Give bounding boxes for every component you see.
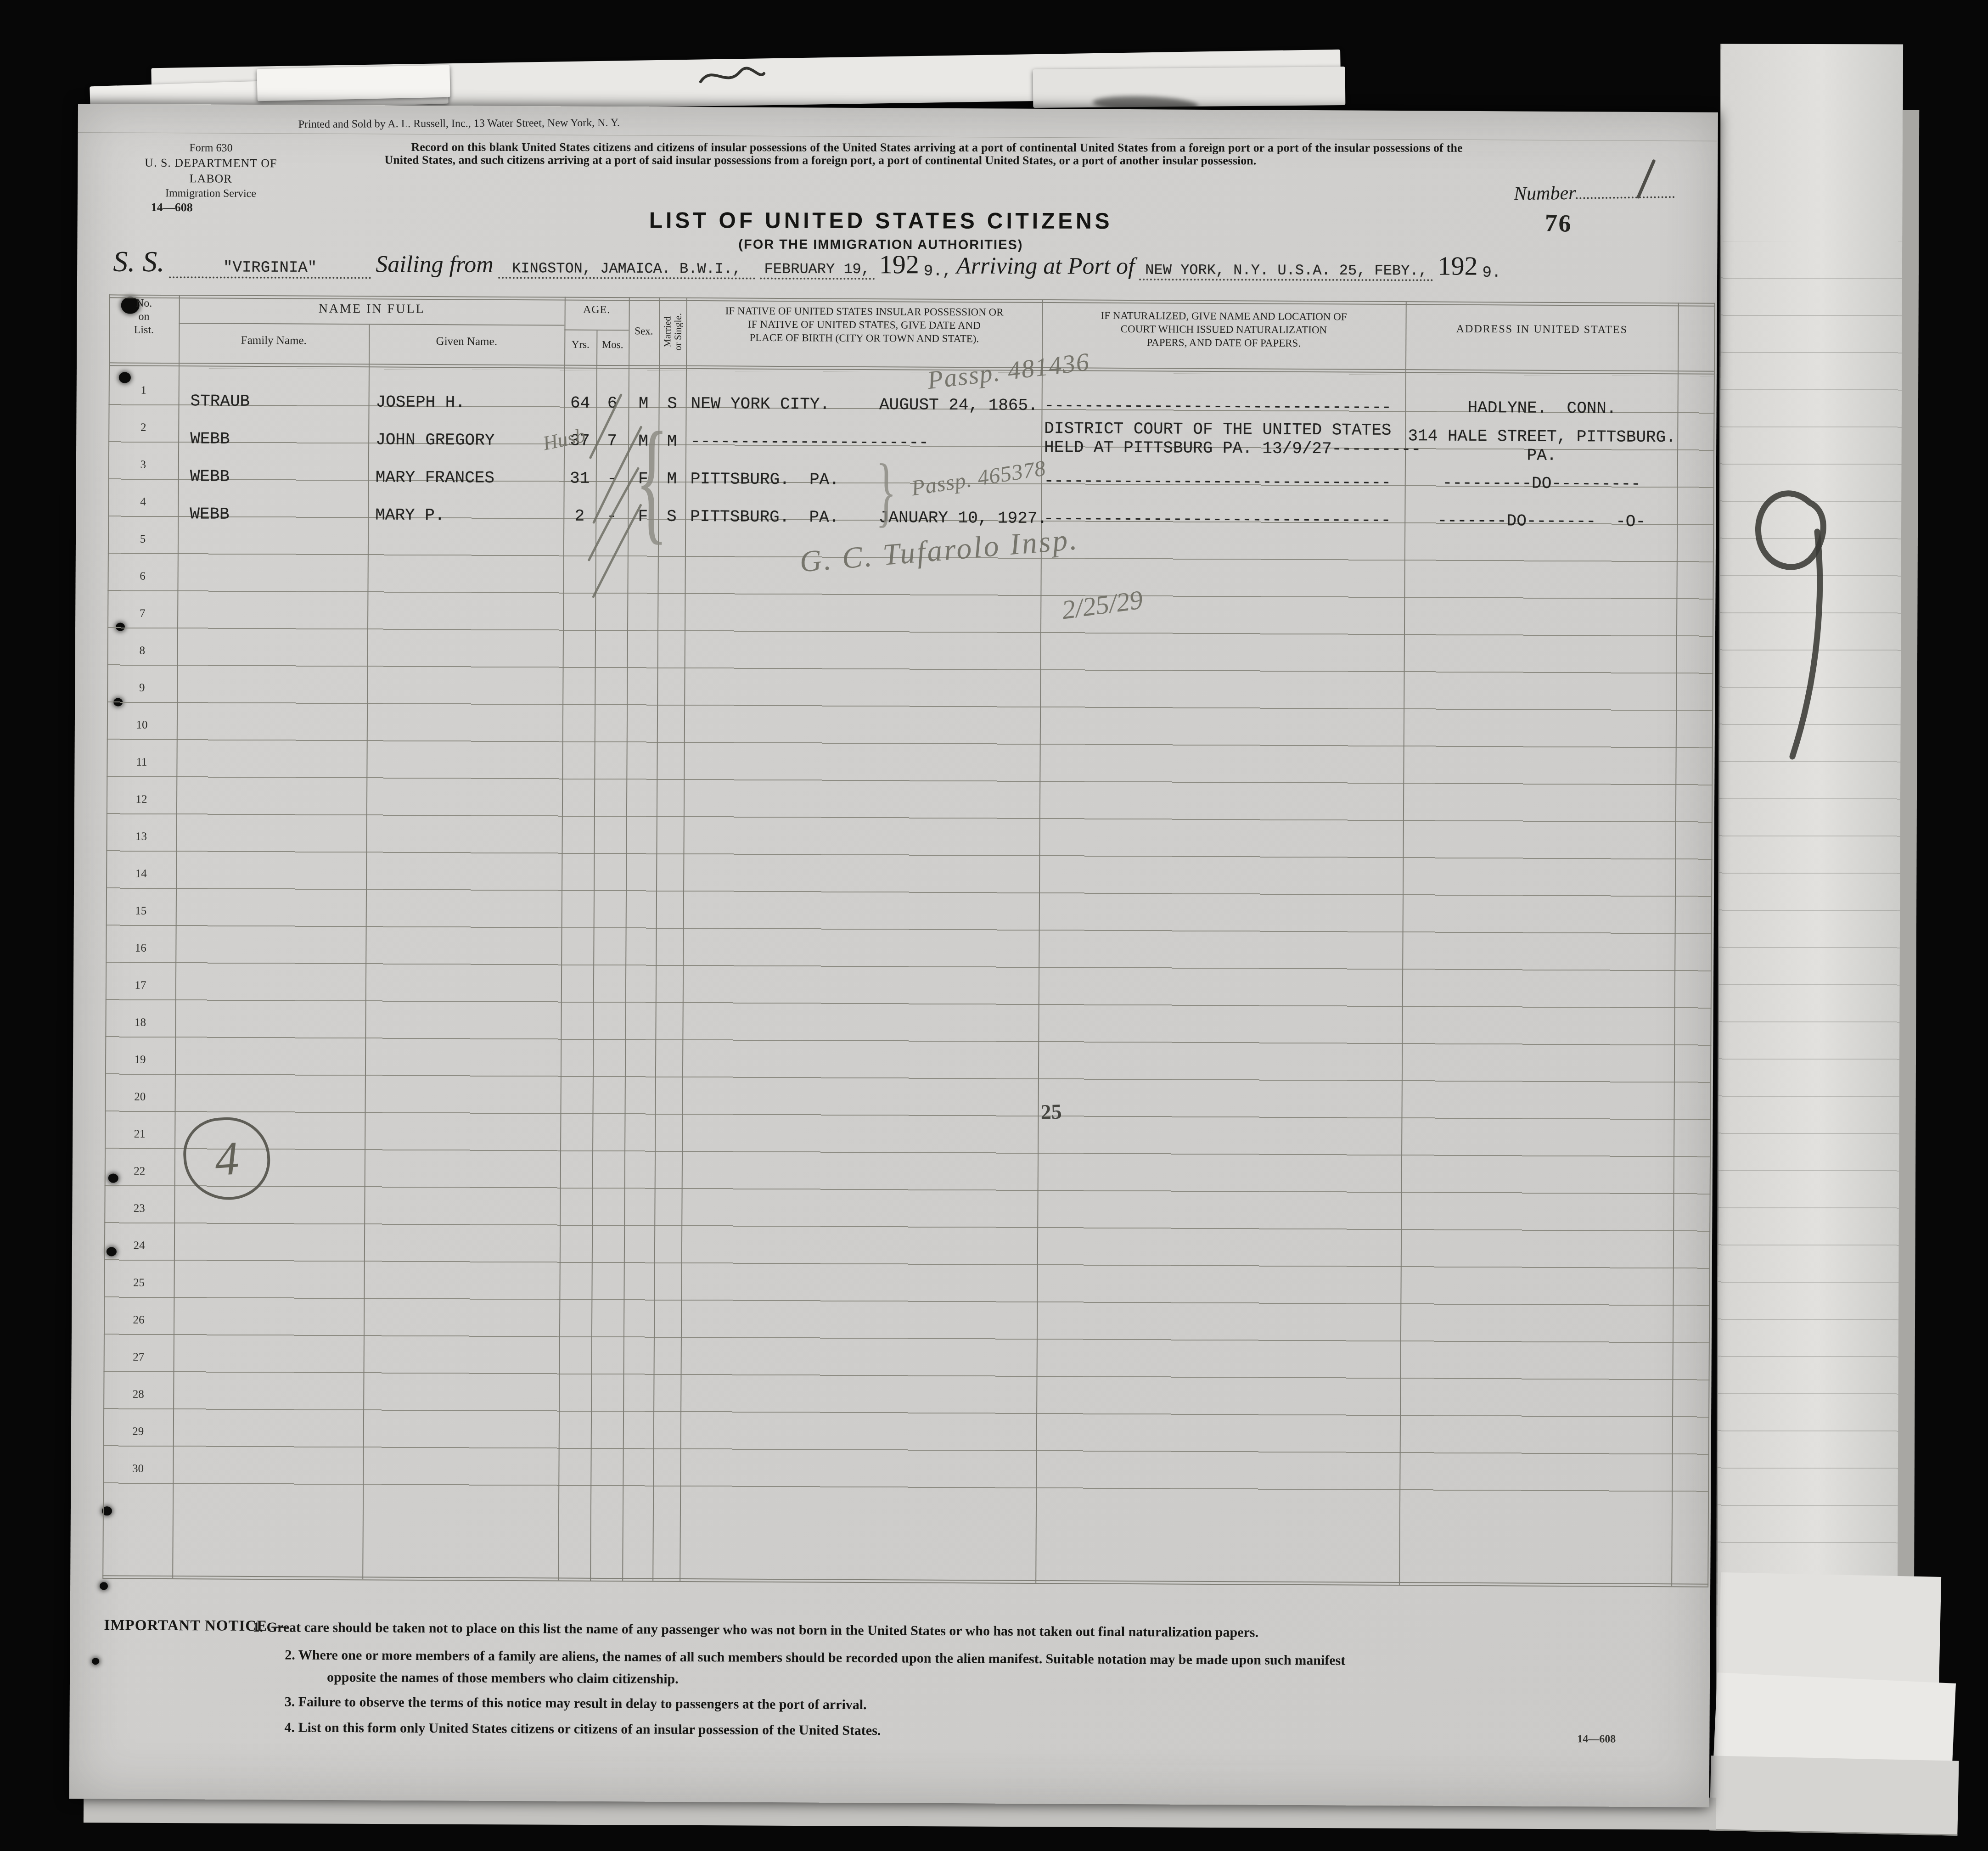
naturalization-cell: ----------------------------------- [1044, 471, 1391, 492]
col-header-mos: Mos. [596, 339, 629, 351]
ss-label: S. S. [113, 245, 164, 279]
sailing-year-printed: 192 [879, 249, 919, 280]
col-header-yrs: Yrs. [564, 339, 596, 351]
table-vlines [78, 104, 1718, 112]
form-code-top: 14—608 [151, 201, 193, 214]
number-blank-line [1576, 175, 1674, 199]
col-header-no-on-list: No. on List. [109, 297, 179, 337]
pencil-page-number-nine [1741, 477, 1856, 776]
row-number: 3 [108, 458, 178, 471]
row-number: 4 [108, 495, 178, 509]
arriving-year-typed: 9. [1483, 264, 1501, 282]
document-title: LIST OF UNITED STATES CITIZENS [499, 208, 1264, 235]
voyage-line: S. S. "VIRGINIA" Sailing from KINGSTON, … [113, 245, 1674, 283]
age-mos-cell: 6 [596, 394, 628, 413]
table-row-numbers: 1234567891011121314151617181920212223242… [78, 104, 1718, 112]
row-number: 20 [105, 1090, 175, 1104]
address-cell: HADLYNE. CONN. [1406, 398, 1678, 418]
family-name-cell: WEBB [190, 505, 230, 523]
family-name-cell: STRAUB [191, 392, 250, 411]
col-header-name-in-full: NAME IN FULL [179, 301, 565, 317]
record-instruction: Record on this blank United States citiz… [384, 141, 1462, 168]
given-name-cell: MARY FRANCES [376, 468, 494, 487]
naturalization-cell: ----------------------------------- [1044, 509, 1391, 530]
notice-item-2: 2. Where one or more members of a family… [285, 1647, 1345, 1668]
row-number: 10 [107, 718, 177, 732]
printer-imprint: Printed and Sold by A. L. Russell, Inc.,… [207, 116, 712, 131]
birth-cell: PITTSBURG. PA. [691, 470, 839, 489]
col-header-naturalization: IF NATURALIZED, GIVE NAME AND LOCATION O… [1044, 309, 1404, 350]
row-number: 19 [105, 1053, 175, 1066]
sailing-from-label: Sailing from [376, 251, 494, 278]
row-number: 6 [108, 570, 178, 583]
row-number: 5 [108, 533, 178, 546]
notice-item-4: 4. List on this form only United States … [284, 1720, 881, 1739]
page-stamp: 76 [1544, 208, 1573, 238]
punch-hole [92, 1658, 99, 1665]
address-cell: -------DO------- -O- [1405, 511, 1677, 531]
form-code-bottom: 14—608 [1577, 1733, 1616, 1745]
age-mos-cell: - [595, 507, 628, 526]
notice-item-3: 3. Failure to observe the terms of this … [285, 1694, 867, 1713]
age-yrs-cell: 2 [563, 507, 595, 526]
row-number: 18 [105, 1016, 175, 1029]
row-number: 15 [106, 904, 176, 918]
row-number: 24 [104, 1239, 174, 1252]
pencil-squiggle [698, 61, 767, 94]
punch-holes [78, 104, 1718, 112]
row-number: 23 [104, 1202, 174, 1215]
age-yrs-cell: 64 [564, 394, 596, 413]
handwritten-number [1636, 159, 1656, 199]
page-stack-corner [1709, 1756, 1959, 1835]
age-yrs-cell: 31 [564, 469, 596, 488]
birth-cell: NEW YORK CITY. AUGUST 24, 1865. [691, 394, 1038, 415]
row-number: 8 [107, 644, 177, 657]
name-header-underline [179, 323, 564, 325]
ship-name: "VIRGINIA" [169, 259, 371, 279]
col-header-given-name: Given Name. [369, 335, 564, 348]
sailing-port: KINGSTON, JAMAICA. B.W.I., [498, 260, 755, 279]
row-number: 22 [105, 1165, 174, 1178]
form-number: Form 630 [133, 141, 289, 156]
service-name: Immigration Service [133, 186, 289, 201]
row-number: 2 [108, 421, 178, 434]
age-mos-cell: 7 [596, 432, 628, 450]
next-page-edge [1716, 44, 1903, 1820]
naturalization-cell: ----------------------------------- [1044, 396, 1391, 417]
row-number: 12 [107, 793, 176, 806]
given-name-cell: JOSEPH H. [376, 393, 465, 412]
row-number: 1 [109, 384, 179, 397]
department-name: U. S. DEPARTMENT OF LABOR [133, 155, 289, 187]
given-name-cell: JOHN GREGORY [376, 430, 494, 449]
family-name-cell: WEBB [190, 429, 230, 448]
agency-block: Form 630 U. S. DEPARTMENT OF LABOR Immig… [133, 141, 289, 202]
row-number: 21 [105, 1127, 174, 1141]
col-header-age: AGE. [565, 304, 629, 317]
row-number: 28 [103, 1388, 173, 1401]
birth-cell: PITTSBURG. PA. JANUARY 10, 1927. [690, 507, 1047, 528]
passport-brace-icon: } [876, 449, 897, 534]
sailing-year-typed: 9., [924, 263, 952, 280]
count-stamp: 25 [1040, 1099, 1062, 1124]
row-number: 16 [106, 942, 175, 955]
notice-item-1: 1. Great care should be taken not to pla… [253, 1620, 1259, 1640]
col-header-birth: IF NATIVE OF UNITED STATES INSULAR POSSE… [688, 304, 1040, 346]
scanned-document-page: Printed and Sold by A. L. Russell, Inc.,… [0, 0, 1988, 1851]
naturalization-cell: DISTRICT COURT OF THE UNITED STATES HELD… [1044, 419, 1421, 459]
number-label: Number [1514, 182, 1576, 205]
header-rule [78, 132, 1717, 141]
row-number: 30 [103, 1462, 173, 1475]
arriving-year-printed: 192 [1438, 250, 1478, 281]
row-number: 11 [107, 756, 176, 769]
age-mos-cell: - [596, 469, 628, 488]
row-number: 13 [107, 830, 176, 843]
row-number: 26 [104, 1313, 174, 1327]
notice-item-2-cont: opposite the names of those members who … [327, 1670, 679, 1687]
punch-hole [100, 1582, 108, 1590]
given-name-cell: MARY P. [375, 505, 444, 525]
row-number: 7 [107, 607, 177, 620]
circled-count-value: 4 [213, 1131, 241, 1187]
family-brace-icon: { [635, 404, 669, 555]
arriving-label: Arriving at Port of [956, 252, 1135, 280]
row-number: 27 [104, 1351, 174, 1364]
row-number: 17 [106, 979, 175, 992]
arriving-port: NEW YORK, N.Y. U.S.A. 25, FEBY., [1140, 262, 1433, 281]
col-header-family-name: Family Name. [179, 334, 369, 348]
row-number: 25 [104, 1276, 174, 1290]
number-field: Number [1514, 175, 1675, 205]
next-page-ruled-lines [1717, 241, 1903, 1573]
col-header-address: ADDRESS IN UNITED STATES [1406, 323, 1677, 337]
row-number: 9 [107, 681, 177, 695]
row-number: 14 [106, 867, 176, 881]
address-cell: ---------DO--------- [1406, 473, 1678, 494]
torn-paper-strip [257, 65, 450, 101]
manifest-sheet: Printed and Sold by A. L. Russell, Inc.,… [69, 104, 1718, 1807]
row-number: 29 [103, 1425, 173, 1438]
family-name-cell: WEBB [190, 467, 230, 486]
address-cell: 314 HALE STREET, PITTSBURG. PA. [1406, 426, 1678, 466]
sailing-date: FEBRUARY 19, [760, 261, 875, 280]
